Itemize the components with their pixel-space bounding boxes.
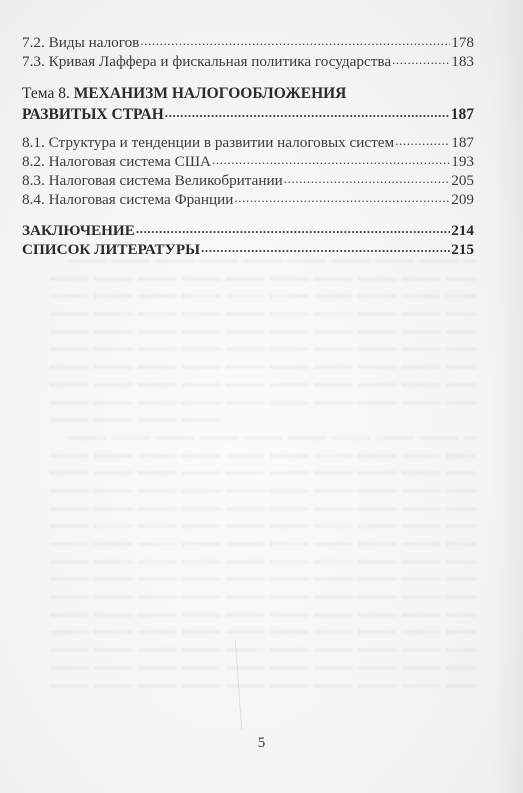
toc-entry-title: 8.1. Структура и тенденции в развитии на… bbox=[22, 133, 394, 152]
bleed-line bbox=[50, 525, 476, 527]
dot-leader bbox=[140, 35, 450, 47]
dot-leader bbox=[201, 242, 450, 254]
toc-entry-page: 214 bbox=[451, 221, 474, 240]
dot-leader bbox=[234, 192, 450, 204]
toc-entry-page: 187 bbox=[451, 105, 474, 124]
bleed-line bbox=[50, 649, 476, 651]
bleed-line bbox=[50, 278, 476, 280]
toc-entry-7-2: 7.2. Виды налогов 178 bbox=[22, 33, 474, 52]
bleed-line bbox=[50, 596, 476, 598]
bleed-line bbox=[50, 561, 476, 563]
toc-entry-page: 187 bbox=[451, 133, 474, 152]
bleed-line bbox=[50, 402, 476, 404]
toc-entry-title: 8.3. Налоговая система Великобритании bbox=[22, 171, 283, 190]
theme-label: Тема 8. bbox=[22, 85, 74, 102]
bleed-line bbox=[50, 685, 476, 687]
bleed-line bbox=[50, 508, 476, 510]
bleed-line bbox=[50, 384, 476, 386]
theme-title-line2: РАЗВИТЫХ СТРАН bbox=[22, 105, 164, 124]
dot-leader bbox=[395, 135, 450, 147]
bleed-line bbox=[50, 313, 476, 315]
toc-entry-title: 8.4. Налоговая система Франции bbox=[22, 190, 233, 209]
dot-leader bbox=[392, 54, 450, 66]
bleed-line bbox=[50, 295, 476, 297]
dot-leader bbox=[284, 173, 450, 185]
bleed-line bbox=[50, 631, 476, 633]
toc-entry-page: 209 bbox=[451, 190, 474, 209]
toc-entry-8-2: 8.2. Налоговая система США 193 bbox=[22, 152, 474, 171]
bleed-line bbox=[50, 348, 476, 350]
toc-entry-8-4: 8.4. Налоговая система Франции 209 bbox=[22, 190, 474, 209]
bleed-line bbox=[50, 455, 476, 457]
bleed-line bbox=[50, 472, 476, 474]
toc-entry-page: 178 bbox=[451, 33, 474, 52]
dot-leader bbox=[165, 107, 450, 119]
toc-entry-title: 8.2. Налоговая система США bbox=[22, 152, 211, 171]
bleed-line bbox=[68, 260, 476, 262]
toc-entry-bibliography: СПИСОК ЛИТЕРАТУРЫ 215 bbox=[22, 240, 474, 259]
bleed-line bbox=[50, 667, 476, 669]
toc-theme-8: РАЗВИТЫХ СТРАН 187 bbox=[22, 105, 474, 124]
bleed-line bbox=[50, 543, 476, 545]
scanned-page: 7.2. Виды налогов 178 7.3. Кривая Лаффер… bbox=[0, 0, 523, 793]
toc-entry-page: 205 bbox=[451, 171, 474, 190]
page-number: 5 bbox=[0, 735, 523, 752]
toc-entry-7-3: 7.3. Кривая Лаффера и фискальная политик… bbox=[22, 52, 474, 71]
table-of-contents: 7.2. Виды налогов 178 7.3. Кривая Лаффер… bbox=[22, 33, 474, 259]
bleed-line bbox=[50, 331, 476, 333]
dot-leader bbox=[136, 223, 450, 235]
toc-theme-8-heading: Тема 8. МЕХАНИЗМ НАЛОГООБЛОЖЕНИЯ bbox=[22, 84, 474, 103]
bleed-line bbox=[50, 419, 220, 421]
reverse-side-bleed-through bbox=[50, 260, 476, 702]
bleed-line bbox=[50, 614, 476, 616]
toc-entry-8-3: 8.3. Налоговая система Великобритании 20… bbox=[22, 171, 474, 190]
toc-entry-page: 183 bbox=[451, 52, 474, 71]
bleed-line bbox=[50, 578, 476, 580]
toc-entry-conclusion: ЗАКЛЮЧЕНИЕ 214 bbox=[22, 221, 474, 240]
toc-entry-title: 7.3. Кривая Лаффера и фискальная политик… bbox=[22, 52, 391, 71]
toc-entry-title: ЗАКЛЮЧЕНИЕ bbox=[22, 221, 135, 240]
bleed-line bbox=[50, 366, 476, 368]
toc-entry-8-1: 8.1. Структура и тенденции в развитии на… bbox=[22, 133, 474, 152]
toc-entry-page: 215 bbox=[451, 240, 474, 259]
toc-entry-title: 7.2. Виды налогов bbox=[22, 33, 139, 52]
toc-entry-page: 193 bbox=[451, 152, 474, 171]
toc-entry-title: СПИСОК ЛИТЕРАТУРЫ bbox=[22, 240, 200, 259]
bleed-line bbox=[50, 490, 476, 492]
bleed-line bbox=[68, 437, 476, 439]
dot-leader bbox=[212, 154, 450, 166]
theme-title-line1: МЕХАНИЗМ НАЛОГООБЛОЖЕНИЯ bbox=[74, 85, 347, 102]
